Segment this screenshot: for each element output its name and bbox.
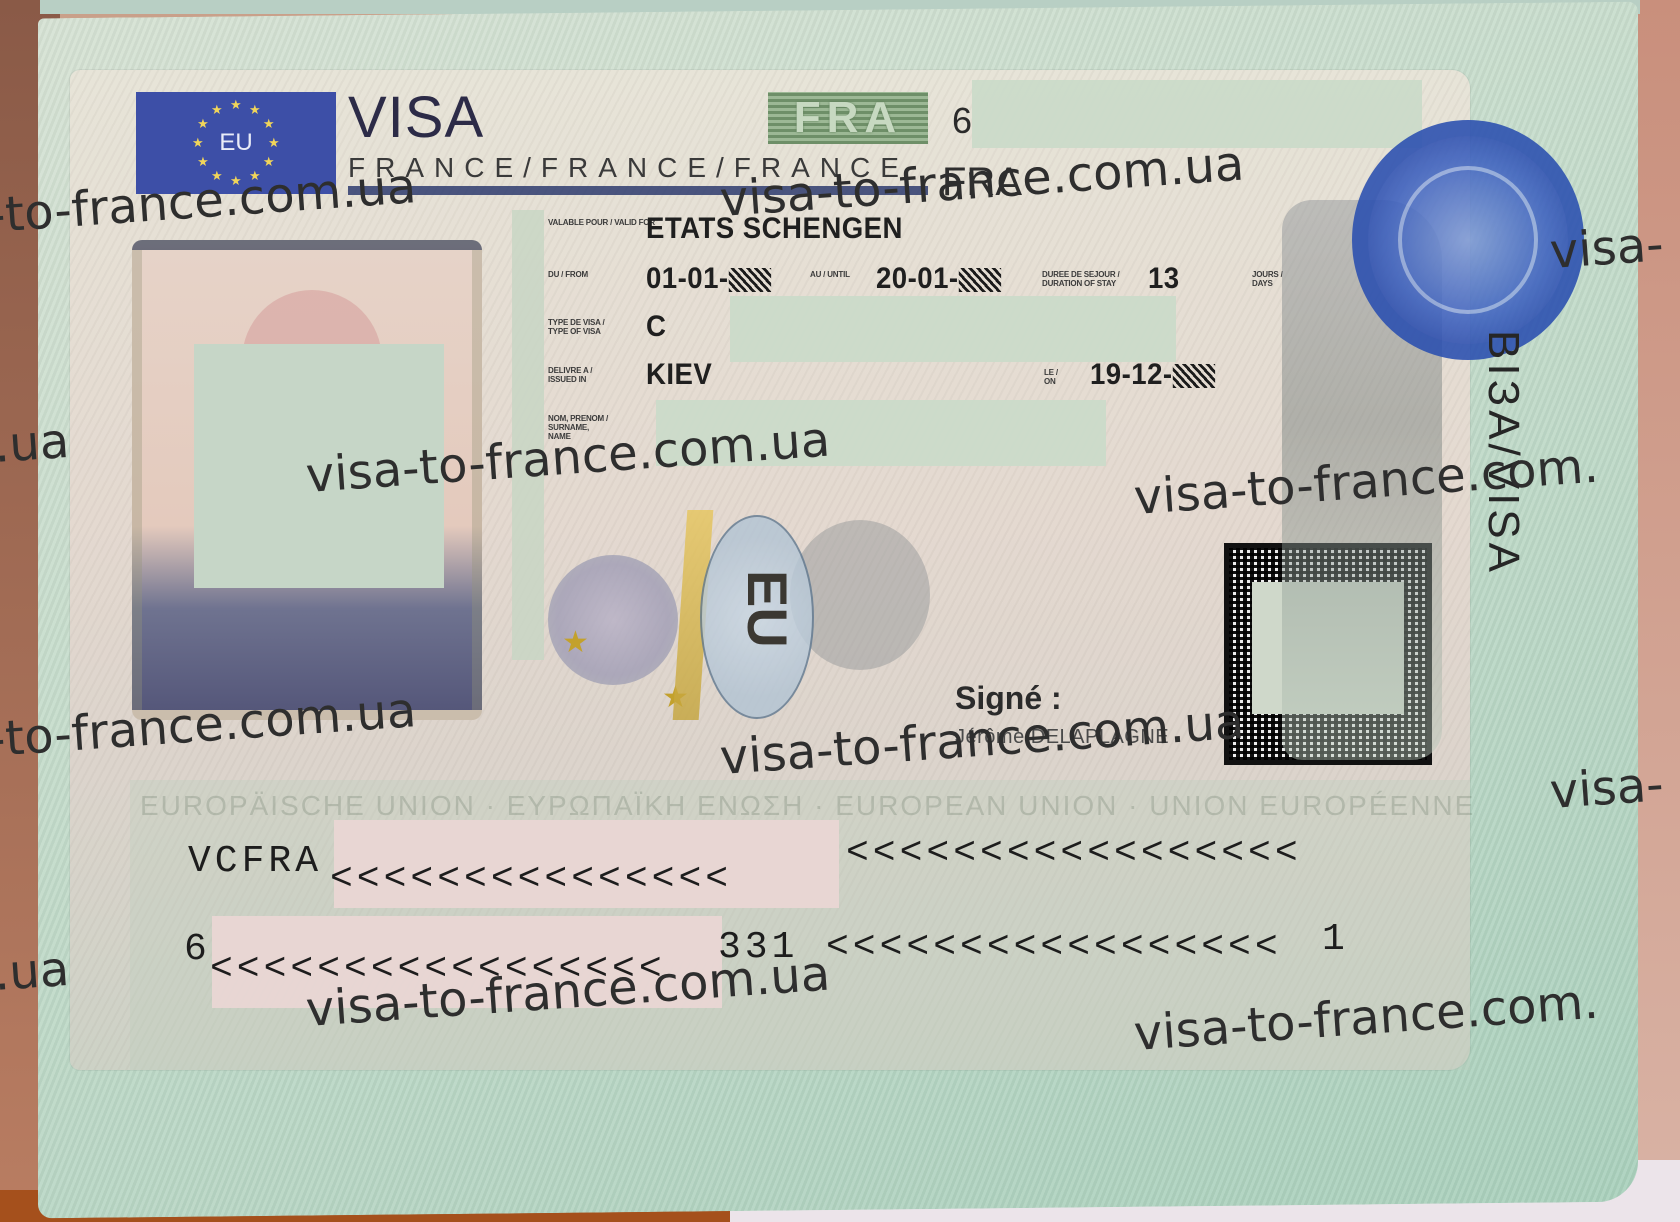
until-date: 20-01-: [876, 262, 959, 295]
eu-star-icon: ★: [211, 103, 223, 116]
issued-on-date: 19-12-: [1090, 358, 1173, 391]
mrz-background-text: EUROPÄISCHE UNION · ΕΥΡΩΠΑΪΚΗ ΕΝΩΣΗ · EU…: [140, 790, 1475, 822]
redaction-entries: [730, 296, 1176, 362]
watermark: .ua: [0, 413, 71, 474]
stamp-ring: [1398, 166, 1538, 314]
eu-star-icon: ★: [249, 103, 261, 116]
watermark: visa-: [1548, 756, 1665, 820]
until-label: AU / UNTIL: [810, 270, 860, 279]
mrz-line1-fillers-2: <<<<<<<<<<<<<<<<<: [846, 832, 1302, 875]
redaction-year: [959, 268, 1001, 292]
issued-on-label: LE / ON: [1044, 368, 1064, 386]
issued-in-label: DELIVRE A / ISSUED IN: [548, 366, 608, 384]
from-label: DU / FROM: [548, 270, 608, 279]
eu-star-icon: ★: [192, 136, 204, 149]
until-value: 20-01-: [876, 262, 1001, 296]
redaction-year: [729, 268, 771, 292]
hologram-disc: [548, 555, 678, 685]
issued-in-value: KIEV: [646, 358, 712, 392]
eu-flag-label: EU: [219, 129, 252, 157]
visa-title: VISA: [348, 84, 484, 151]
duration-label: DUREE DE SEJOUR / DURATION OF STAY: [1042, 270, 1130, 288]
eu-star-icon: ★: [263, 117, 275, 130]
eu-star-icon: ★: [268, 136, 280, 149]
eu-star-icon: ★: [263, 155, 275, 168]
duration-value: 13: [1148, 262, 1180, 296]
hologram-eu-text: EU: [735, 570, 800, 648]
mrz-line2-start: 6: [184, 928, 211, 971]
eu-star-icon: ★: [197, 155, 209, 168]
mrz-line1-start: VCFRA: [188, 840, 322, 883]
eu-star-icon: ★: [197, 117, 209, 130]
fra-emblem: FRA: [768, 92, 928, 144]
issued-on-value: 19-12-: [1090, 358, 1215, 392]
watermark: visa-: [1548, 216, 1665, 280]
mrz-line1-fillers: <<<<<<<<<<<<<<<: [330, 858, 732, 901]
visa-type-value: C: [646, 310, 666, 344]
watermark: .ua: [0, 941, 71, 1002]
mrz-line2-end: 1: [1322, 918, 1349, 961]
redaction-year: [1173, 364, 1215, 388]
from-value: 01-01-: [646, 262, 771, 296]
visa-type-label: TYPE DE VISA / TYPE OF VISA: [548, 318, 608, 336]
valid-for-label: VALABLE POUR / VALID FOR: [548, 218, 655, 227]
hologram-star-icon: ★: [562, 625, 589, 660]
eu-star-icon: ★: [230, 98, 242, 111]
mrz-line2-fillers-2: <<<<<<<<<<<<<<<<<: [826, 926, 1282, 969]
from-date: 01-01-: [646, 262, 729, 295]
visa-number: 6: [952, 100, 972, 142]
